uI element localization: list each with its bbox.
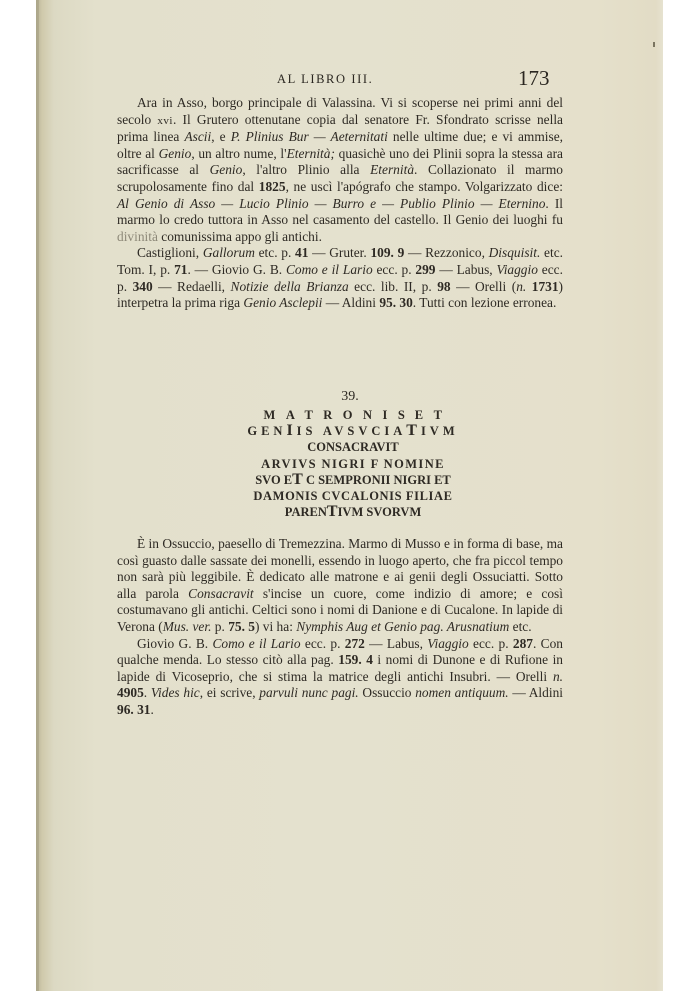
inscription-line-4: ARVIVS NIGRI F NOMINE bbox=[222, 456, 484, 472]
paragraph-ossuccio: È in Ossuccio, paesello di Tremezzina. M… bbox=[117, 536, 563, 636]
inscription-text: MATRONIS ET GENIIS AVSVCIATIVM CONSACRAV… bbox=[222, 407, 484, 520]
inscription-line-6: DAMONIS CVCALONIS FILIAE bbox=[222, 488, 484, 504]
inscription-line-3: CONSACRAVIT bbox=[222, 439, 484, 455]
page-number: 173 bbox=[518, 66, 550, 91]
paragraph-ara-in-asso: Ara in Asso, borgo principale di Valassi… bbox=[117, 95, 563, 245]
running-head: AL LIBRO III. bbox=[277, 72, 373, 87]
inscription-number: 39. bbox=[0, 389, 700, 405]
inscription-line-5: SVO ET C SEMPRONII NIGRI ET bbox=[222, 472, 484, 488]
paragraph-references-39: Giovio G. B. Como e il Lario ecc. p. 272… bbox=[117, 636, 563, 719]
commentary-39: È in Ossuccio, paesello di Tremezzina. M… bbox=[117, 536, 563, 719]
inscription-line-1: MATRONIS ET bbox=[222, 407, 484, 423]
scan-speck bbox=[653, 42, 655, 47]
commentary-38: Ara in Asso, borgo principale di Valassi… bbox=[117, 95, 563, 312]
paragraph-references-38: Castiglioni, Gallorum etc. p. 41 — Grute… bbox=[117, 245, 563, 311]
inscription-line-2: GENIIS AVSVCIATIVM bbox=[222, 423, 484, 439]
page-gutter-shadow bbox=[36, 0, 39, 991]
inscription-line-7: PARENTIVM SVORVM bbox=[222, 504, 484, 520]
